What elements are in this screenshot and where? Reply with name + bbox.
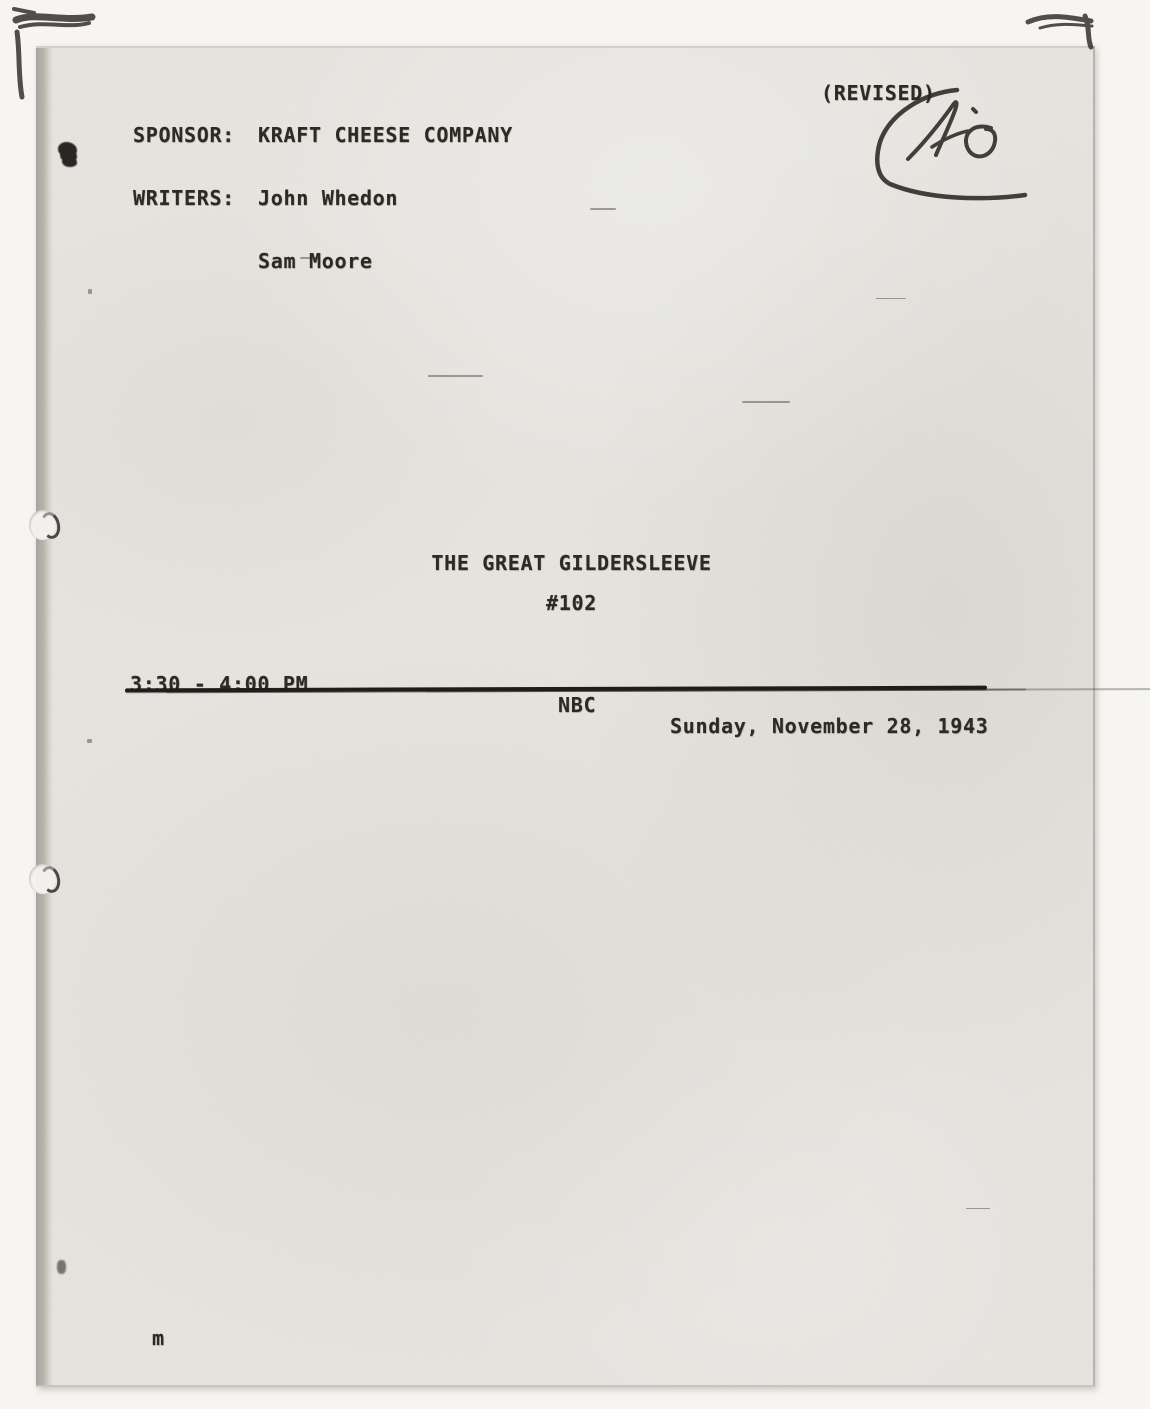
binder-hole-bottom [29, 864, 56, 894]
sponsor-label: SPONSOR: [133, 125, 258, 146]
scan-speck [742, 401, 790, 403]
writers-label-spacer [133, 251, 258, 272]
binder-hole-top [29, 510, 56, 540]
writers-label: WRITERS: [133, 188, 258, 209]
scan-speck [88, 289, 92, 294]
ink-blot-artifact [58, 142, 77, 157]
scan-speck [590, 208, 616, 210]
typist-initial: m [152, 1328, 165, 1349]
writers-row-2: Sam Moore [133, 251, 513, 272]
scan-speck [876, 298, 906, 299]
broadcast-date: Sunday, November 28, 1943 [670, 716, 989, 737]
broadcast-schedule: 3:30 - 4:00 PM NBC Sunday, November 28, … [36, 653, 1093, 675]
episode-number: #102 [43, 593, 1100, 614]
script-title-page: SPONSOR: KRAFT CHEESE COMPANY WRITERS: J… [36, 46, 1095, 1387]
scan-speck [966, 1208, 990, 1209]
revised-note: (REVISED) [821, 83, 936, 104]
scan-speck [428, 375, 483, 377]
sponsor-value: KRAFT CHEESE COMPANY [258, 125, 513, 146]
network-name: NBC [558, 695, 596, 716]
scan-speck [87, 739, 92, 743]
scanned-document: SPONSOR: KRAFT CHEESE COMPANY WRITERS: J… [0, 0, 1150, 1409]
writers-row: WRITERS: John Whedon [133, 188, 513, 209]
writer-name-2: Sam Moore [258, 251, 373, 272]
script-header: SPONSOR: KRAFT CHEESE COMPANY WRITERS: J… [133, 83, 513, 314]
sponsor-row: SPONSOR: KRAFT CHEESE COMPANY [133, 125, 513, 146]
show-title: THE GREAT GILDERSLEEVE [43, 553, 1100, 574]
scan-smudge [57, 1260, 66, 1274]
writer-name-1: John Whedon [258, 188, 398, 209]
